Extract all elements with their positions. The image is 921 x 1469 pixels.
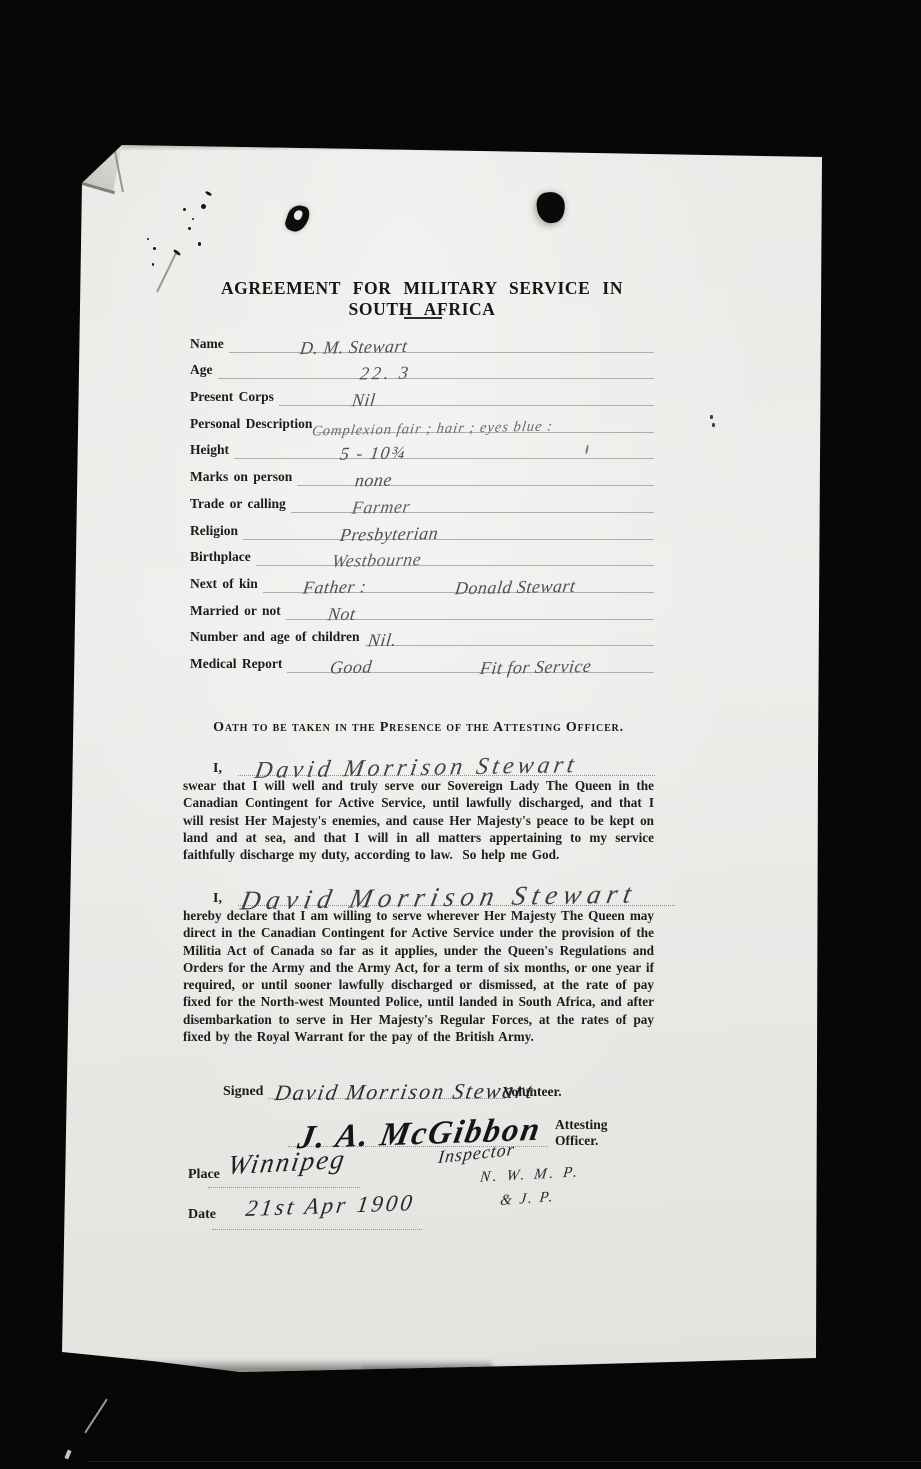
title-rule bbox=[404, 317, 442, 319]
margin-mark bbox=[712, 423, 715, 427]
date-label: Date bbox=[188, 1207, 216, 1223]
oath-text: swear that I will well and truly serve o… bbox=[183, 777, 654, 863]
ink-speckle bbox=[205, 190, 213, 196]
field-row-age: Age 22. 3 bbox=[190, 353, 654, 380]
field-label: Name bbox=[190, 336, 224, 353]
field-label: Trade or calling bbox=[190, 496, 286, 513]
place-label: Place bbox=[188, 1167, 220, 1183]
scan-background: AGREEMENT FOR MILITARY SERVICE IN SOUTH … bbox=[0, 0, 921, 1469]
field-row-name: Name D. M. Stewart bbox=[190, 326, 654, 353]
pen-stroke-mark bbox=[156, 251, 177, 292]
scan-bottom-hairline bbox=[88, 1461, 921, 1462]
field-label: Height bbox=[190, 442, 229, 459]
ink-speckle bbox=[188, 227, 191, 230]
place-line bbox=[208, 1187, 360, 1188]
field-row-married-or-not: Married or not Not bbox=[190, 593, 654, 620]
folded-corner bbox=[62, 145, 134, 205]
form-fields: Name D. M. Stewart Age 22. 3 Present Cor… bbox=[190, 326, 654, 673]
scratch-mark bbox=[84, 1399, 107, 1434]
field-label: Married or not bbox=[190, 603, 281, 620]
field-row-height: Height 5 - 10¾ bbox=[190, 433, 654, 460]
field-row-trade-or-calling: Trade or calling Farmer bbox=[190, 486, 654, 513]
oath-heading: Oath to be taken in the Presence of the … bbox=[183, 720, 654, 736]
ink-speckle bbox=[201, 204, 206, 209]
field-label: Birthplace bbox=[190, 549, 251, 566]
field-row-religion: Religion Presbyterian bbox=[190, 513, 654, 540]
field-value-handwritten: Good bbox=[329, 656, 374, 678]
margin-mark bbox=[710, 415, 713, 419]
ink-speckle bbox=[198, 242, 201, 246]
paper-bottom-shadow bbox=[362, 1363, 764, 1371]
ink-blot-left bbox=[283, 202, 311, 234]
field-label: Next of kin bbox=[190, 576, 258, 593]
paper-top-shadow bbox=[106, 145, 824, 151]
oath-lead-in: I, bbox=[213, 761, 222, 777]
field-row-birthplace: Birthplace Westbourne bbox=[190, 540, 654, 567]
field-label: Marks on person bbox=[190, 469, 292, 486]
volunteer-label: Volunteer. bbox=[503, 1084, 562, 1100]
oath-lead-line: I, David Morrison Stewart bbox=[183, 745, 663, 779]
officer-title-jp: & J. P. bbox=[499, 1189, 555, 1210]
field-label: Number and age of children bbox=[190, 629, 360, 646]
signed-label: Signed bbox=[223, 1084, 263, 1100]
field-label: Age bbox=[190, 362, 213, 379]
page-title: AGREEMENT FOR MILITARY SERVICE IN SOUTH … bbox=[190, 278, 654, 320]
date-value-handwritten: 21st Apr 1900 bbox=[244, 1190, 417, 1222]
document-page: AGREEMENT FOR MILITARY SERVICE IN SOUTH … bbox=[62, 145, 824, 1373]
white-speck bbox=[64, 1450, 71, 1460]
field-label: Medical Report bbox=[190, 656, 282, 673]
field-label: Personal Description bbox=[190, 416, 312, 433]
officer-title-nwmp: N. W. M. P. bbox=[479, 1164, 581, 1186]
attesting-officer-row: J. A. McGibbon Attesting Officer. bbox=[183, 1103, 654, 1155]
field-row-marks-on-person: Marks on person none bbox=[190, 459, 654, 486]
field-value-handwritten: Fit for Service bbox=[479, 656, 593, 679]
date-line bbox=[212, 1229, 422, 1230]
field-row-number-and-age-of-children: Number and age of children Nil. bbox=[190, 620, 654, 647]
field-label: Present Corps bbox=[190, 389, 274, 406]
ink-speckle bbox=[153, 247, 156, 250]
place-value-handwritten: Winnipeg bbox=[226, 1144, 349, 1181]
signed-row: Signed David Morrison Stewart Volunteer. bbox=[183, 1073, 654, 1103]
ink-speckle bbox=[152, 263, 154, 266]
volunteer-signature-handwritten: David Morrison Stewart bbox=[273, 1078, 536, 1106]
ink-speckle bbox=[192, 218, 194, 220]
field-row-next-of-kin: Next of kin Father : Donald Stewart bbox=[190, 566, 654, 593]
field-row-personal-description: Personal Description Complexion fair ; h… bbox=[190, 406, 654, 433]
ink-speckle bbox=[147, 238, 149, 240]
ink-speckle bbox=[183, 208, 186, 211]
declaration-lead-in: I, bbox=[213, 891, 222, 907]
field-row-medical-report: Medical Report Good Fit for Service bbox=[190, 646, 654, 673]
field-row-present-corps: Present Corps Nil bbox=[190, 379, 654, 406]
attesting-officer-label: Attesting Officer. bbox=[555, 1117, 654, 1149]
ink-blot-right bbox=[535, 190, 567, 225]
declaration-lead-line: I, David Morrison Stewart bbox=[183, 873, 663, 909]
declaration-text: hereby declare that I am willing to serv… bbox=[183, 907, 654, 1045]
field-label: Religion bbox=[190, 523, 238, 540]
